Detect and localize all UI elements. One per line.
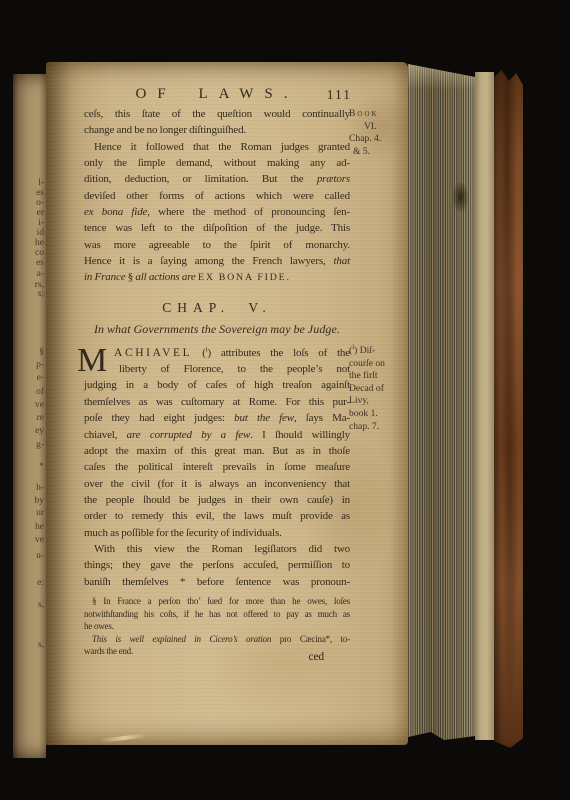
running-head: OF LAWS. 111: [84, 86, 350, 104]
endpaper-edge: [475, 72, 494, 740]
text-line: Chap. 4.: [349, 133, 407, 146]
text-line: much as poſſible for the ſecurity of ind…: [84, 525, 350, 541]
text-line: § In France a perſon tho’ ſued for more …: [84, 595, 350, 608]
text-line: & 5.: [349, 146, 407, 159]
text-line: ex bona fide, where the method of pronou…: [84, 204, 350, 220]
paragraph-continuation: ceſs, this ſtate of the queſtion would c…: [84, 106, 350, 287]
text-line: This is well explained in Cicero’s orati…: [84, 633, 350, 646]
letterspaced-caps: Book: [349, 108, 379, 119]
gutter-fragment: ey: [35, 426, 44, 436]
text-line: in France § all actions are EX BONA FIDE…: [84, 269, 350, 286]
book-page: OF LAWS. 111 ceſs, this ſtate of the que…: [46, 62, 408, 745]
paragraph-machiavel: M ACHIAVEL (i) attributes the loſs of th…: [84, 345, 350, 541]
gutter-fragment: of: [36, 387, 44, 397]
text-line: poſe they had eight judges: but the few,…: [84, 410, 350, 426]
gutter-fragment: h-: [36, 483, 44, 493]
fore-edge-spot: [452, 181, 469, 213]
gutter-fragment: *: [39, 462, 44, 472]
gutter-fragment: es: [36, 258, 44, 268]
text-line: chap. 7.: [349, 421, 407, 434]
gutter-fragment: §: [39, 347, 44, 357]
text-line: ACHIAVEL (i) attributes the loſs of the: [84, 345, 350, 361]
text-line: over the civil (for it is always an inco…: [84, 476, 350, 492]
gutter-fragment: by: [35, 496, 45, 506]
text-line: VI.: [349, 121, 407, 134]
photo-background: l-eso-eri-idhecoesa-rs,s;§p-e-ofvereeyg-…: [0, 0, 570, 800]
gutter-fragment: ur: [36, 508, 44, 518]
italic-text: prætors: [317, 173, 350, 185]
text-line: deviſed other forms of actions which wer…: [84, 188, 350, 204]
gutter-fragment: ve: [35, 535, 44, 545]
italic-text: but the few: [234, 412, 294, 424]
text-line: the people ſhould be judges in their own…: [84, 492, 350, 508]
text-line: book 1.: [349, 408, 407, 421]
gutter-fragment: i-: [38, 218, 44, 228]
text-line: only the ſimple demand, without making a…: [84, 155, 350, 171]
fore-edge-pages: [408, 64, 475, 740]
catchword-text: ced: [308, 651, 324, 663]
margin-note-book-chapter: BookVI.Chap. 4.& 5.: [349, 108, 407, 158]
page-number: 111: [327, 87, 352, 103]
leather-cover: [494, 70, 523, 748]
gutter-fragment: re: [37, 413, 44, 423]
text-line: Livy,: [349, 395, 407, 408]
paragraph-machiavel-lines: ACHIAVEL (i) attributes the loſs of thel…: [84, 345, 350, 541]
letterspaced-caps: ACHIAVEL: [114, 347, 192, 359]
text-line: Hence it is a ſaying among the French la…: [84, 253, 350, 269]
gutter-fragment: u-: [36, 551, 44, 561]
text-line: adopt the maxim of this great man. But a…: [84, 443, 350, 459]
gutter-fragment: a-: [37, 269, 44, 279]
text-line: dition, deduction, or limitation. But th…: [84, 171, 350, 187]
text-line: change and be no longer diſtinguiſhed.: [84, 122, 350, 138]
text-line: order to remedy this evil, the laws muſt…: [84, 508, 350, 524]
text-line: he owes.: [84, 620, 350, 633]
text-line: tence was left to the diſpoſition of the…: [84, 220, 350, 236]
text-line: judging in a body of caſes of high treaſ…: [84, 377, 350, 393]
gutter-fragment: o-: [36, 198, 44, 208]
gutter-fragment: s,: [38, 600, 44, 610]
gutter-fragment: g-: [36, 440, 44, 450]
gutter-fragment: ve: [35, 400, 44, 410]
text-line: things; they gave the perſons accuſed, p…: [84, 557, 350, 573]
paragraph-roman-legislators: With this view the Roman legiſlators did…: [84, 541, 350, 590]
text-line: was more agreeable to the ſpirit of mona…: [84, 237, 350, 253]
italic-text: ex bona fide,: [84, 206, 150, 218]
gutter-fragment: id: [37, 228, 44, 238]
text-line: liberty of Florence, to the people’s not: [84, 361, 350, 377]
facing-page-edge: l-eso-eri-idhecoesa-rs,s;§p-e-ofvereeyg-…: [13, 74, 46, 758]
gutter-fragment: he: [35, 522, 44, 532]
text-line: Decad of: [349, 383, 407, 396]
gutter-fragment: p-: [36, 360, 44, 370]
dropcap-m: M: [77, 345, 107, 377]
chapter-subtitle: In what Governments the Sovereign may be…: [84, 321, 350, 338]
text-line: courſe on: [349, 358, 407, 371]
chapter-heading: CHAP. V.: [84, 298, 350, 318]
gutter-fragment: co: [35, 248, 44, 258]
page-title: OF LAWS.: [84, 86, 350, 103]
gutter-fragment: e-: [37, 373, 44, 383]
margin-note-citation: (i) Diſ-courſe onthe firſtDecad ofLivy,b…: [349, 345, 407, 433]
text-line: chiavel, are corrupted by a few. I ſhoul…: [84, 427, 350, 443]
text-line: caſes the political intereſt prevails in…: [84, 459, 350, 475]
gutter-fragment: e:: [37, 578, 44, 588]
text-block: ceſs, this ſtate of the queſtion would c…: [84, 106, 350, 665]
text-line: ceſs, this ſtate of the queſtion would c…: [84, 106, 350, 122]
italic-text: are corrupted by a few: [127, 429, 251, 441]
gutter-fragment: es: [36, 188, 44, 198]
text-line: With this view the Roman legiſlators did…: [84, 541, 350, 557]
text-line: Book: [349, 108, 407, 121]
superscript-mark: i: [352, 343, 354, 351]
italic-text: in France: [84, 271, 125, 283]
text-line: baniſh themſelves * before ſentence was …: [84, 574, 350, 590]
gutter-fragment: er: [37, 208, 44, 218]
gutter-fragment: he: [35, 238, 44, 248]
italic-text: that: [333, 255, 350, 267]
text-line: themſelves as was cuſtomary at Rome. For…: [84, 394, 350, 410]
text-line: (i) Diſ-: [349, 345, 407, 358]
gutter-fragment: l-: [38, 178, 44, 188]
text-line: Hence it followed that the Roman judges …: [84, 139, 350, 155]
text-line: the firſt: [349, 370, 407, 383]
gutter-fragment: s,: [38, 640, 44, 650]
italic-text: This is well explained in Cicero’s orati…: [92, 634, 280, 644]
italic-text: all actions are: [135, 271, 195, 283]
gutter-fragment: s;: [38, 289, 44, 299]
superscript-mark: i: [206, 345, 208, 353]
text-line: notwithſtanding his coſts, if he has not…: [84, 608, 350, 621]
letterspaced-caps: EX BONA FIDE.: [198, 272, 291, 283]
